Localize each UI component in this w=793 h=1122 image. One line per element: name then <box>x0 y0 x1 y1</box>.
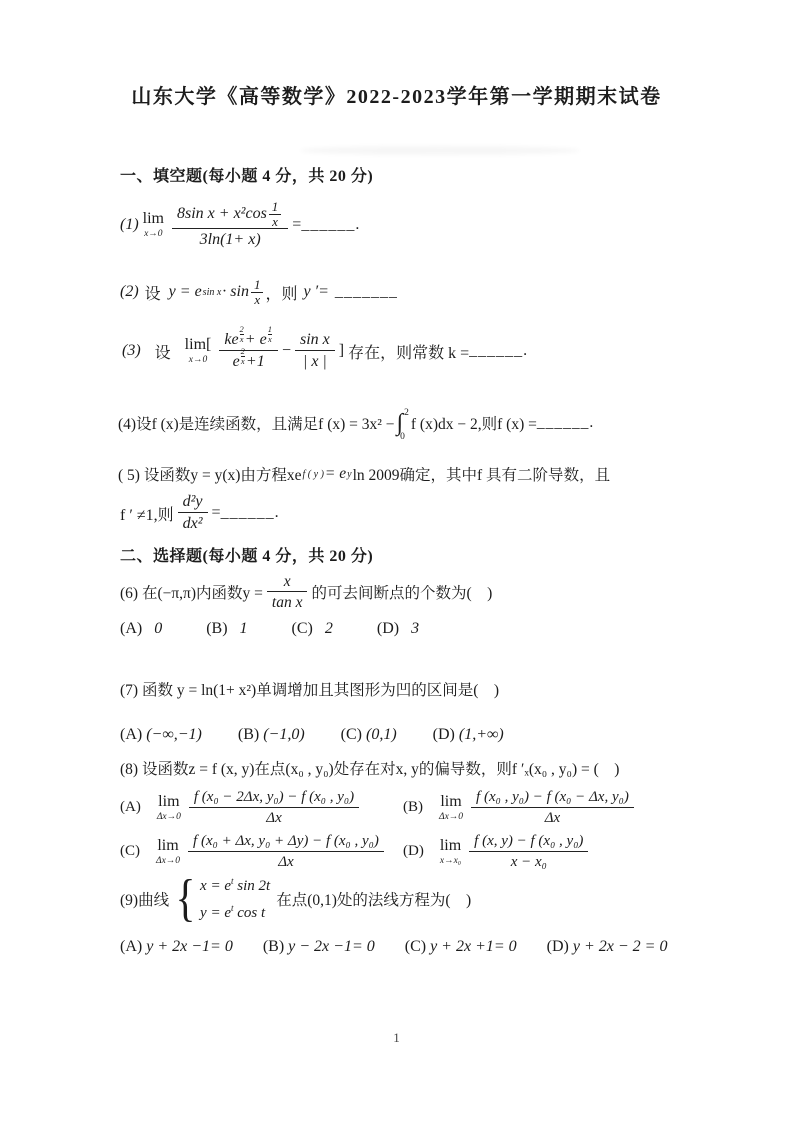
q9-option-c-label: (C) <box>405 938 426 956</box>
q8-option-b-lim-text: lim <box>440 794 461 810</box>
q9-option-d: (D) y + 2x − 2 = 0 <box>547 938 668 956</box>
q3-f1num-t1: ke <box>224 330 238 350</box>
q9-equation-1: x = et sin 2t <box>200 876 270 895</box>
q8-option-c-lim-sub: Δx→0 <box>156 857 180 867</box>
q9-system: x = et sin 2t y = et cos t <box>200 876 270 922</box>
q9-pre: (9)曲线 <box>120 888 169 910</box>
q4-integral-lower: 0 <box>400 432 405 442</box>
q9-option-c-text: y + 2x +1= 0 <box>430 938 517 956</box>
q8-option-a-lim: lim Δx→0 <box>157 794 181 823</box>
q6-option-d-text: 3 <box>411 620 419 638</box>
q7-option-d: (D) (1,+∞) <box>433 726 504 744</box>
q6-options: (A) 0 (B) 1 (C) 2 (D) 3 <box>120 620 419 638</box>
q3-lim-text: lim[ <box>185 337 212 353</box>
q6-option-d: (D) 3 <box>377 620 419 638</box>
q1-denominator: 3ln(1+ x) <box>172 228 288 250</box>
question-5-line1: ( 5) 设函数y = y(x)由方程xe f ( y ) = e y ln 2… <box>118 463 610 485</box>
q8-option-c-den: Δx <box>188 851 384 872</box>
q1-fraction: 8sin x + x²cos 1 x 3ln(1+ x) <box>172 200 288 250</box>
q9-option-a-label: (A) <box>120 938 142 956</box>
section1-heading: 一、填空题(每小题 4 分，共 20 分) <box>120 163 373 186</box>
q3-f2num: sin x <box>295 330 335 350</box>
q8-option-c-num: f (x₀ + Δx, y₀ + Δy) − f (x₀ , y₀) <box>188 832 384 851</box>
q7-option-b-label: (B) <box>238 726 259 744</box>
q8-option-d-label: (D) <box>403 843 424 860</box>
q3-exp1-num: 2 <box>240 325 244 334</box>
q2-inner-den: x <box>251 292 264 307</box>
q8-option-c-fraction: f (x₀ + Δx, y₀ + Δy) − f (x₀ , y₀) Δx <box>188 832 384 872</box>
q9-option-c: (C) y + 2x +1= 0 <box>405 938 517 956</box>
q6-option-c-label: (C) <box>292 620 313 638</box>
q3-exp3-num: 2 <box>241 347 245 356</box>
q8-option-a-num: f (x₀ − 2Δx, y₀) − f (x₀ , y₀) <box>189 788 359 807</box>
question-8: (8) 设函数z = f (x, y)在点(x₀ , y₀)处存在对x, y的偏… <box>120 757 619 779</box>
q9-eq1-base: x = e <box>200 878 231 894</box>
q4-integral: ∫ 2 0 <box>397 408 409 438</box>
q6-option-a: (A) 0 <box>120 620 162 638</box>
question-7: (7) 函数 y = ln(1+ x²)单调增加且其图形为凹的区间是( ) <box>120 678 499 700</box>
q1-equals: = <box>292 216 301 234</box>
q2-expr-pre: y = e <box>169 283 202 301</box>
q3-f1den-t2: +1 <box>246 352 265 372</box>
q4-answer-blank: ______ <box>537 414 590 432</box>
q5-line1-tail: ln 2009确定，其中f 具有二阶导数，且 <box>353 463 610 485</box>
q3-fraction2: sin x | x | <box>295 330 335 372</box>
q6-option-d-label: (D) <box>377 620 399 638</box>
question-6: (6) 在(−π,π)内函数y = x tan x 的可去间断点的个数为( ) <box>120 572 492 613</box>
section2-heading: 二、选择题(每小题 4 分，共 20 分) <box>120 543 373 566</box>
q5-frac-den: dx² <box>178 512 208 534</box>
q3-answer-blank: ______ <box>469 342 523 360</box>
q3-exp1-den: x <box>240 334 244 344</box>
q4-integral-upper: 2 <box>404 408 409 418</box>
q6-option-a-text: 0 <box>154 620 162 638</box>
q2-post: ，则 <box>265 281 297 304</box>
q9-eq2-sup: t <box>231 903 234 913</box>
q3-exp3-den: x <box>241 356 245 366</box>
q6-option-b: (B) 1 <box>206 620 247 638</box>
q4-text2: f (x)dx − 2,则f (x) = <box>411 412 537 434</box>
q2-exponent: sin x <box>203 287 222 298</box>
q7-option-a-label: (A) <box>120 726 142 744</box>
q8-option-a-fraction: f (x₀ − 2Δx, y₀) − f (x₀ , y₀) Δx <box>189 788 359 828</box>
q9-option-a: (A) y + 2x −1= 0 <box>120 938 233 956</box>
q7-option-c-label: (C) <box>341 726 362 744</box>
q5-equals: = <box>212 504 221 522</box>
q8-option-b: (B) lim Δx→0 f (x₀ , y₀) − f (x₀ − Δx, y… <box>403 788 638 828</box>
q3-f1num-t2: + e <box>245 330 267 350</box>
q8-option-b-fraction: f (x₀ , y₀) − f (x₀ − Δx, y₀) Δx <box>471 788 634 828</box>
q6-option-c-text: 2 <box>325 620 333 638</box>
q9-option-d-label: (D) <box>547 938 569 956</box>
q3-lim: lim[ x→0 <box>185 337 212 366</box>
q2-inner-fraction: 1 x <box>251 278 264 306</box>
q3-exp2-den: x <box>268 334 272 344</box>
q6-option-b-text: 1 <box>240 620 248 638</box>
q6-fraction: x tan x <box>267 572 308 613</box>
q3-exp2-num: 1 <box>268 325 272 334</box>
q1-label: (1) <box>120 216 139 234</box>
q9-eq2-tail: cos t <box>237 905 265 921</box>
page-number: 1 <box>0 1030 793 1046</box>
q3-close-bracket: ] <box>339 342 344 360</box>
question-1: (1) lim x→0 8sin x + x²cos 1 x 3ln(1+ x)… <box>120 200 359 250</box>
q3-fraction1: ke 2 x + e 1 x e 2 x +1 <box>219 330 278 372</box>
q7-option-d-label: (D) <box>433 726 455 744</box>
q6-option-b-label: (B) <box>206 620 227 638</box>
q3-exp1: 2 x <box>240 325 244 344</box>
q9-equation-2: y = et cos t <box>200 903 270 922</box>
q8-option-c-lim-text: lim <box>157 838 178 854</box>
q1-lim-sub: x→0 <box>144 230 162 240</box>
q9-brace: { <box>176 876 196 923</box>
q2-inner-num: 1 <box>251 278 264 292</box>
q8-option-a-lim-text: lim <box>158 794 179 810</box>
question-4: (4)设f (x)是连续函数，且满足f (x) = 3x² − ∫ 2 0 f … <box>118 408 593 438</box>
q9-option-a-text: y + 2x −1= 0 <box>146 938 233 956</box>
q7-option-b: (B) (−1,0) <box>238 726 305 744</box>
page-title: 山东大学《高等数学》2022-2023学年第一学期期末试卷 <box>0 80 793 109</box>
q5-line2-pre: f ′ ≠1,则 <box>120 502 174 525</box>
q5-period: . <box>275 504 279 522</box>
q8-option-d-den: x − x₀ <box>469 851 588 872</box>
q9-eq1-tail: sin 2t <box>237 878 270 894</box>
q8-option-d-lim-text: lim <box>440 838 461 854</box>
scan-smudge <box>300 146 580 155</box>
q2-label: (2) <box>120 283 139 301</box>
q9-option-d-text: y + 2x − 2 = 0 <box>573 938 668 956</box>
question-9: (9)曲线 { x = et sin 2t y = et cos t 在点(0,… <box>120 876 471 923</box>
q3-f1den-t1: e <box>233 352 240 372</box>
q4-text1: (4)设f (x)是连续函数，且满足f (x) = 3x² − <box>118 412 395 434</box>
q5-line1-pre: ( 5) 设函数y = y(x)由方程xe <box>118 463 302 485</box>
q7-option-d-text: (1,+∞) <box>459 726 504 744</box>
q8-option-a: (A) lim Δx→0 f (x₀ − 2Δx, y₀) − f (x₀ , … <box>120 788 363 828</box>
q5-fraction: d²y dx² <box>178 492 208 534</box>
q6-option-c: (C) 2 <box>292 620 333 638</box>
q6-stem1: (6) 在(−π,π)内函数y = <box>120 581 263 603</box>
q8-option-d-fraction: f (x, y) − f (x₀ , y₀) x − x₀ <box>469 832 588 872</box>
q6-option-a-label: (A) <box>120 620 142 638</box>
q8-option-c-lim: lim Δx→0 <box>156 838 180 867</box>
q8-option-d-num: f (x, y) − f (x₀ , y₀) <box>469 832 588 851</box>
q8-option-c: (C) lim Δx→0 f (x₀ + Δx, y₀ + Δy) − f (x… <box>120 832 388 872</box>
exam-paper-page: 山东大学《高等数学》2022-2023学年第一学期期末试卷 一、填空题(每小题 … <box>0 0 793 1122</box>
q6-frac-num: x <box>279 572 296 591</box>
q7-option-c-text: (0,1) <box>366 726 397 744</box>
q5-mid: = e <box>325 465 346 483</box>
q9-option-b-label: (B) <box>263 938 284 956</box>
q9-option-b-text: y − 2x −1= 0 <box>288 938 375 956</box>
q5-frac-num: d²y <box>178 492 208 512</box>
q7-options: (A) (−∞,−1) (B) (−1,0) (C) (0,1) (D) (1,… <box>120 726 504 744</box>
q3-label: (3) <box>122 342 141 360</box>
q1-lim-text: lim <box>143 211 164 227</box>
q8-option-d: (D) lim x→x₀ f (x, y) − f (x₀ , y₀) x − … <box>403 832 592 872</box>
q4-period: . <box>589 414 593 432</box>
q1-inner-fraction: 1 x <box>269 200 282 228</box>
q3-text: 存在，则常数 k = <box>348 340 469 363</box>
q8-option-a-den: Δx <box>189 807 359 828</box>
q3-she: 设 <box>155 340 171 363</box>
question-5-line2: f ′ ≠1,则 d²y dx² = ______ . <box>120 492 279 534</box>
q6-frac-den: tan x <box>267 591 308 612</box>
q1-lim: lim x→0 <box>143 211 164 240</box>
q8-option-a-label: (A) <box>120 799 141 816</box>
q8-stem: (8) 设函数z = f (x, y)在点(x₀ , y₀)处存在对x, y的偏… <box>120 757 619 779</box>
q9-eq2-base: y = e <box>200 905 231 921</box>
q9-option-b: (B) y − 2x −1= 0 <box>263 938 375 956</box>
q5-sub1: f ( y ) <box>303 469 324 480</box>
q9-post: 在点(0,1)处的法线方程为( ) <box>276 888 471 910</box>
q3-exp3: 2 x <box>241 347 245 366</box>
q7-option-a-text: (−∞,−1) <box>146 726 202 744</box>
q2-mid: · sin <box>222 283 249 301</box>
question-3: (3) 设 lim[ x→0 ke 2 x + e 1 x e <box>122 330 527 372</box>
q1-period: . <box>355 216 359 234</box>
q6-stem2: 的可去间断点的个数为( ) <box>311 581 492 603</box>
q5-sub2: y <box>347 469 351 480</box>
q8-option-a-lim-sub: Δx→0 <box>157 813 181 823</box>
q3-minus: − <box>282 342 291 360</box>
q7-stem: (7) 函数 y = ln(1+ x²)单调增加且其图形为凹的区间是( ) <box>120 678 499 700</box>
q8-option-d-lim: lim x→x₀ <box>440 838 461 867</box>
q3-lim-sub: x→0 <box>189 356 207 366</box>
q2-yprime: y ′= <box>303 283 328 301</box>
q1-inner-num: 1 <box>269 200 282 214</box>
q5-answer-blank: ______ <box>221 504 275 522</box>
q2-she: 设 <box>145 281 161 304</box>
q8-option-b-den: Δx <box>471 807 634 828</box>
q1-inner-den: x <box>269 214 282 229</box>
q2-answer-blank: _______ <box>335 283 398 301</box>
q7-option-c: (C) (0,1) <box>341 726 397 744</box>
q8-option-b-lim-sub: Δx→0 <box>439 813 463 823</box>
question-2: (2) 设 y = e sin x · sin 1 x ，则 y ′= ____… <box>120 278 398 306</box>
q8-option-c-label: (C) <box>120 843 140 860</box>
q9-options: (A) y + 2x −1= 0 (B) y − 2x −1= 0 (C) y … <box>120 938 667 956</box>
q8-option-b-lim: lim Δx→0 <box>439 794 463 823</box>
q7-option-a: (A) (−∞,−1) <box>120 726 202 744</box>
q8-option-b-num: f (x₀ , y₀) − f (x₀ − Δx, y₀) <box>471 788 634 807</box>
q3-exp2: 1 x <box>268 325 272 344</box>
q1-numerator-text: 8sin x + x²cos <box>177 204 267 224</box>
q3-period: . <box>523 342 527 360</box>
q8-option-b-label: (B) <box>403 799 423 816</box>
q1-answer-blank: ______ <box>301 216 355 234</box>
q7-option-b-text: (−1,0) <box>263 726 304 744</box>
q9-eq1-sup: t <box>231 876 234 886</box>
q8-option-d-lim-sub: x→x₀ <box>440 857 461 867</box>
q3-f2den: | x | <box>295 350 335 372</box>
